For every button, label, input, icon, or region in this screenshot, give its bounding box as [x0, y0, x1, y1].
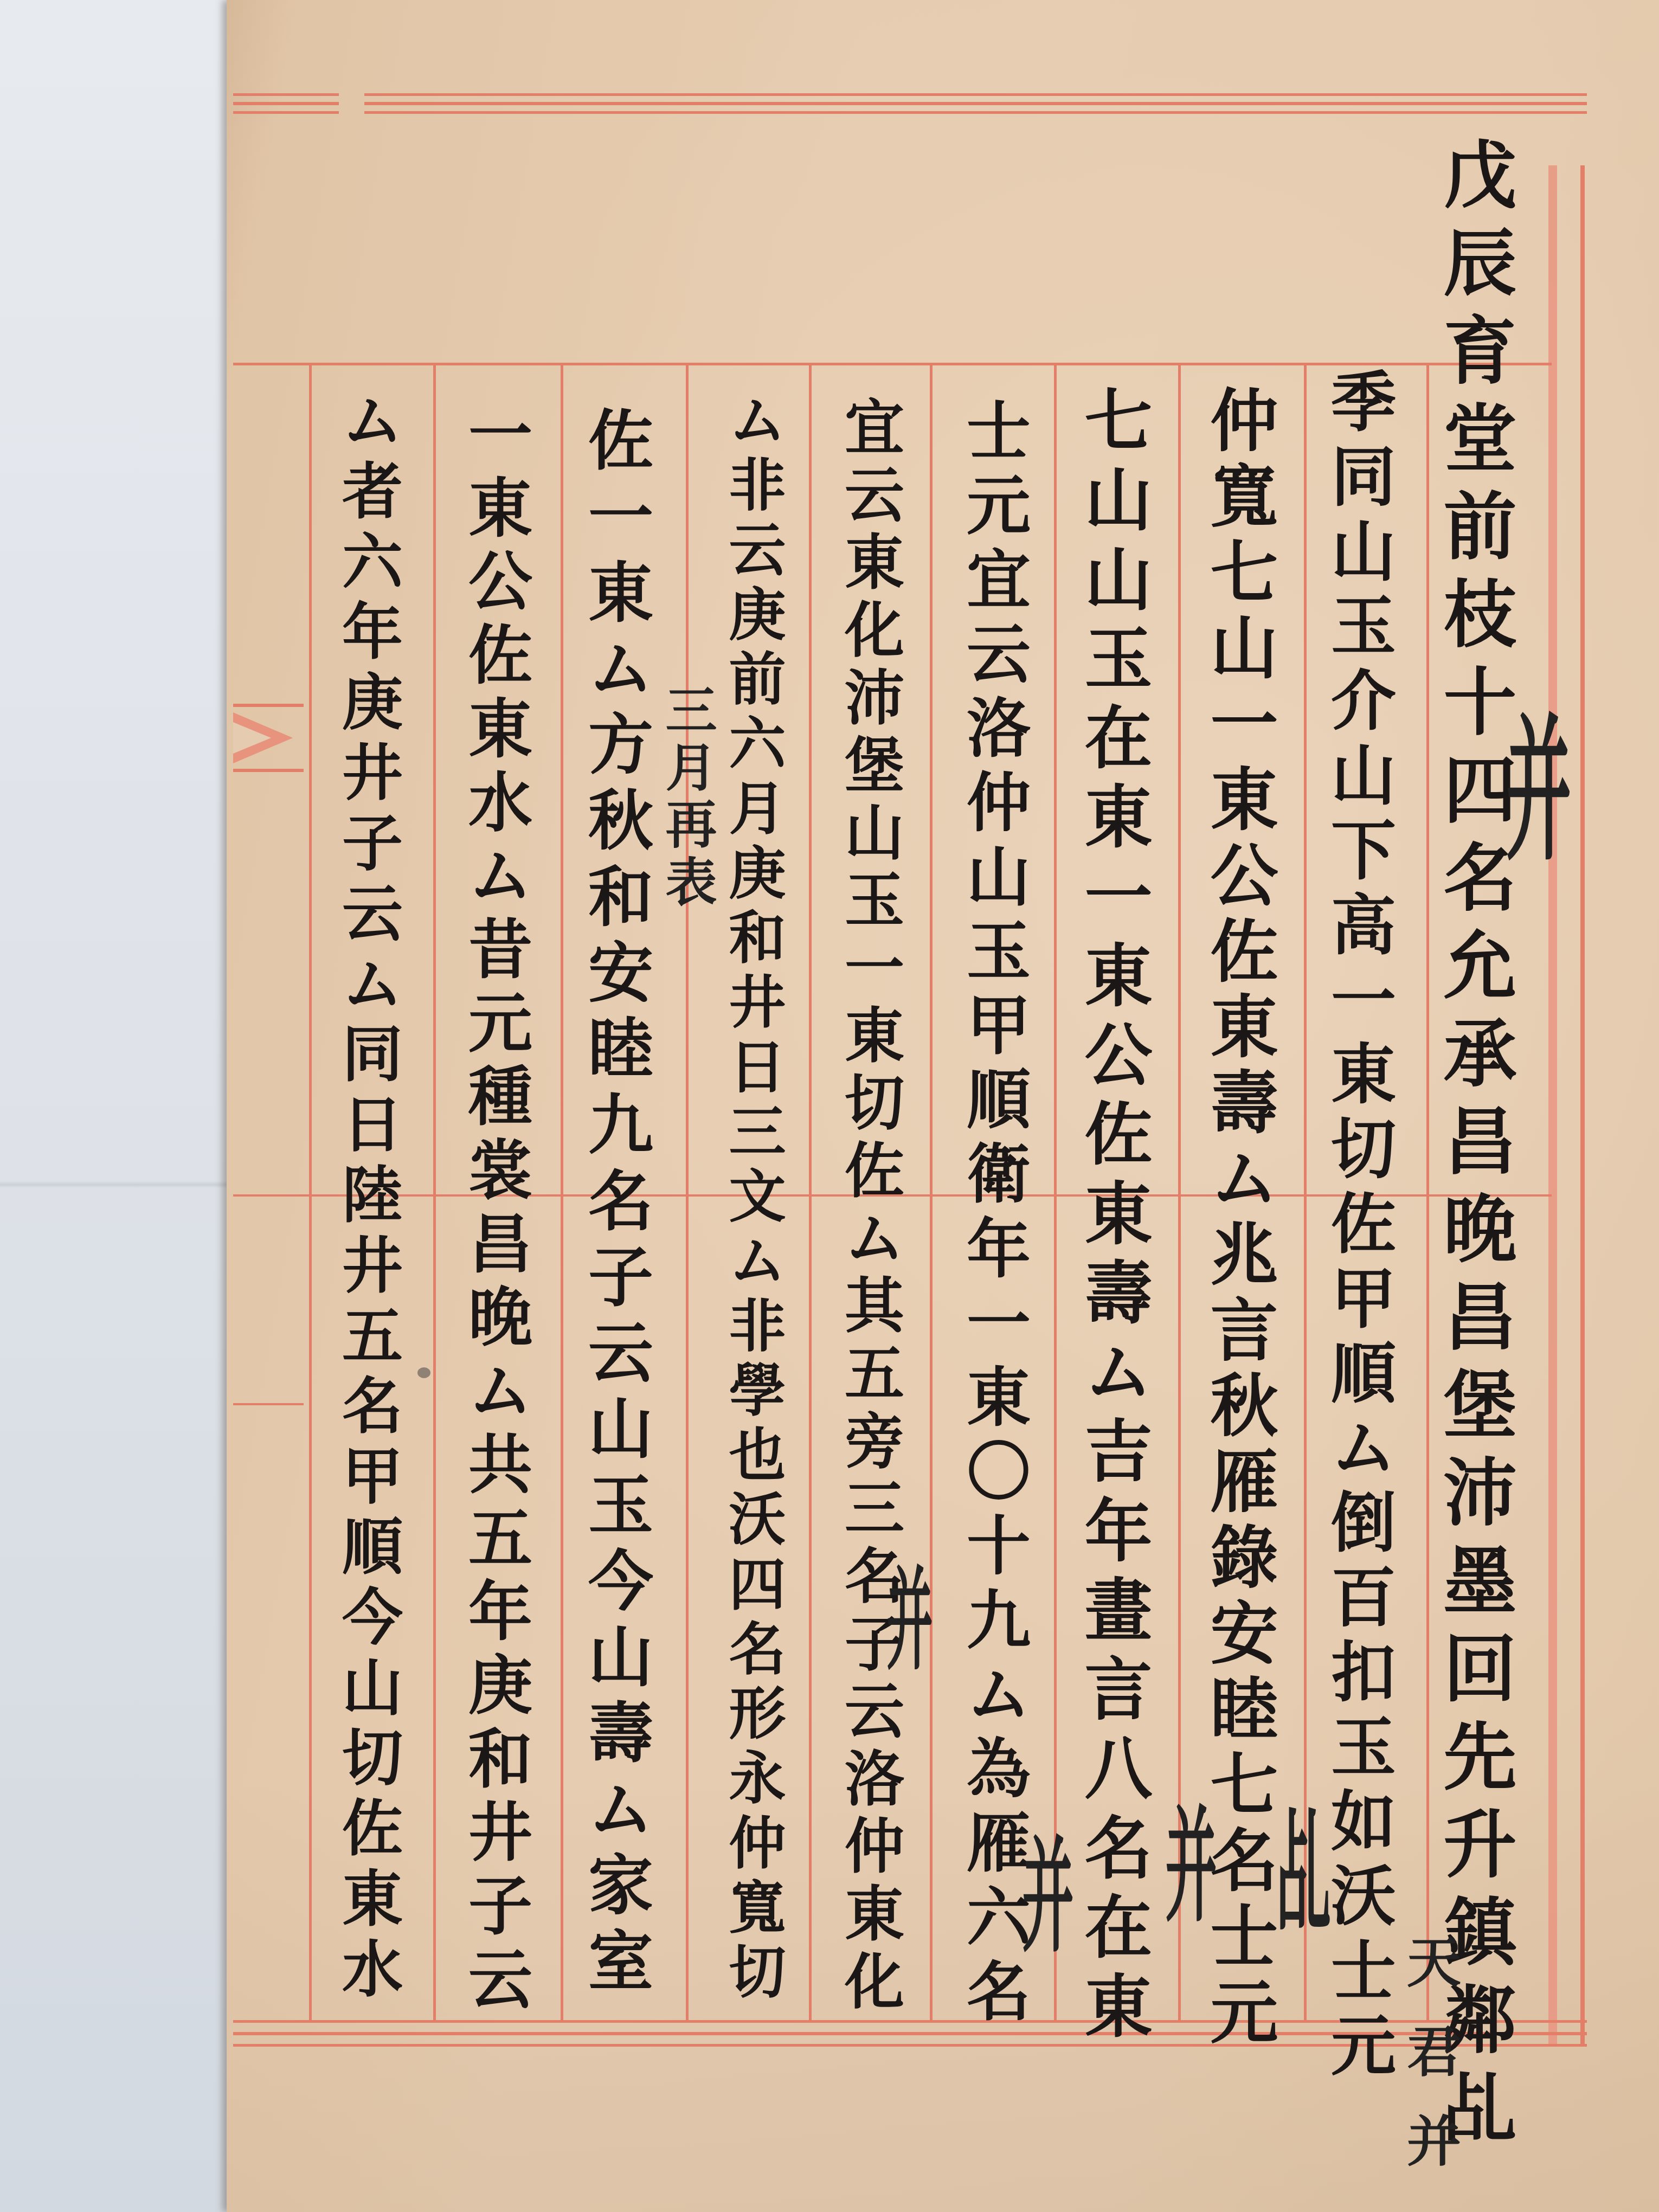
- handwritten-glyph: 衛: [967, 1142, 1031, 1206]
- fishtail-mark-icon: [233, 700, 309, 776]
- column-divider: [1178, 364, 1181, 2021]
- handwritten-glyph: 宜: [845, 398, 904, 458]
- handwritten-glyph: 扣: [1331, 1641, 1396, 1706]
- handwritten-glyph: 順: [1331, 1342, 1396, 1407]
- handwritten-glyph: 名: [588, 1169, 653, 1234]
- handwritten-glyph: 元: [468, 992, 532, 1056]
- handwritten-glyph: 昌: [1444, 1281, 1517, 1354]
- handwritten-glyph: 今: [342, 1588, 403, 1649]
- handwritten-glyph: 士: [1211, 1904, 1278, 1971]
- handwritten-glyph: 一: [967, 1291, 1031, 1355]
- handwritten-glyph: 山: [1331, 744, 1396, 809]
- handwritten-glyph: 云: [967, 622, 1031, 686]
- handwritten-glyph: 士: [1331, 1939, 1396, 2004]
- handwritten-glyph: 年: [967, 1217, 1031, 1281]
- handwritten-glyph: 云: [729, 522, 786, 578]
- handwritten-glyph: 非: [729, 1297, 786, 1354]
- handwritten-glyph: 堂: [1444, 402, 1517, 475]
- handwritten-glyph: 云: [588, 1321, 653, 1386]
- handwritten-glyph: ム: [729, 392, 786, 449]
- handwritten-glyph: 枝: [1444, 578, 1517, 651]
- handwritten-glyph: 種: [468, 1065, 532, 1129]
- handwritten-glyph: 洛: [967, 697, 1031, 761]
- surface-crease: [0, 1181, 232, 1188]
- handwritten-glyph: 五: [342, 1307, 403, 1367]
- handwritten-glyph: 東: [588, 561, 653, 626]
- column-divider: [433, 364, 436, 2021]
- handwritten-glyph: 名: [729, 1621, 786, 1677]
- handwritten-glyph: 家: [588, 1854, 653, 1919]
- text-column-10: ム者六年庚井子云ム同日陸井五名甲順今山切佐東水: [313, 391, 432, 2001]
- handwritten-glyph: 元: [967, 474, 1031, 538]
- handwritten-glyph: 兆: [1211, 1221, 1278, 1289]
- handwritten-glyph: 昔: [468, 918, 532, 982]
- handwritten-glyph: 佐: [1085, 1101, 1153, 1169]
- handwritten-glyph: 并: [1407, 2114, 1461, 2169]
- handwritten-glyph: 一: [845, 938, 904, 998]
- handwritten-glyph: 佐: [845, 1141, 904, 1201]
- top-border-line: [364, 93, 1587, 96]
- handwritten-glyph: 今: [588, 1549, 653, 1615]
- annotation-mark: 并: [1501, 713, 1577, 811]
- handwritten-glyph: 三: [729, 1103, 786, 1160]
- handwritten-glyph: 辰: [1444, 227, 1517, 300]
- handwritten-glyph: 切: [729, 1944, 786, 2001]
- text-column-5: 士元宜云洛仲山玉甲順衛年一東〇十九ム為雁六名: [939, 400, 1058, 2024]
- handwritten-glyph: 仲: [845, 1817, 904, 1876]
- handwritten-glyph: 在: [1085, 705, 1153, 773]
- handwritten-glyph: 言: [1085, 1656, 1153, 1724]
- handwritten-glyph: 東: [845, 533, 904, 593]
- handwritten-glyph: 山: [1211, 615, 1278, 683]
- handwritten-glyph: 季: [1331, 370, 1396, 435]
- handwritten-glyph: 東: [845, 1006, 904, 1066]
- handwritten-glyph: 在: [1085, 1894, 1153, 1962]
- handwritten-glyph: 下: [1331, 819, 1396, 884]
- handwritten-glyph: 井: [468, 1801, 532, 1864]
- ink-blot: [417, 1367, 430, 1378]
- handwritten-glyph: 日: [342, 1095, 403, 1156]
- handwritten-glyph: 一: [468, 403, 532, 467]
- handwritten-glyph: 玉: [845, 871, 904, 930]
- handwritten-glyph: 東: [845, 1885, 904, 1944]
- handwritten-glyph: 東: [468, 697, 532, 761]
- handwritten-glyph: 昌: [468, 1212, 532, 1276]
- handwritten-glyph: 再: [665, 800, 717, 851]
- handwritten-glyph: 前: [1444, 490, 1517, 563]
- annotation-mark: 并: [1153, 1805, 1229, 1865]
- handwritten-glyph: 和: [588, 865, 653, 930]
- table-surface: [0, 0, 234, 2212]
- handwritten-glyph: 井: [342, 1236, 403, 1297]
- top-border-line: [233, 93, 339, 96]
- handwritten-glyph: 一: [1331, 968, 1396, 1033]
- handwritten-glyph: 月: [729, 780, 786, 837]
- handwritten-glyph: 東: [1211, 767, 1278, 834]
- handwritten-glyph: 戊: [1444, 139, 1517, 212]
- handwritten-glyph: 學: [729, 1362, 786, 1419]
- handwritten-glyph: 堡: [845, 736, 904, 795]
- handwritten-glyph: 山: [845, 803, 904, 863]
- handwritten-glyph: 玉: [967, 919, 1031, 983]
- handwritten-glyph: 東: [342, 1869, 403, 1930]
- handwritten-glyph: 睦: [588, 1017, 653, 1082]
- handwritten-glyph: 表: [665, 857, 717, 909]
- annotation-mark: 并: [872, 1567, 948, 1626]
- handwritten-glyph: 山: [588, 1397, 653, 1462]
- handwritten-glyph: 山: [1085, 546, 1153, 614]
- column-divider: [686, 364, 689, 2021]
- handwritten-glyph: 室: [588, 1930, 653, 1995]
- handwritten-glyph: 安: [588, 941, 653, 1006]
- top-border-line: [233, 111, 339, 114]
- handwritten-glyph: 十: [967, 1514, 1031, 1578]
- handwritten-glyph: 元: [1211, 1979, 1278, 2047]
- handwritten-glyph: 切: [342, 1728, 403, 1789]
- handwritten-glyph: 元: [1331, 2014, 1396, 2079]
- handwritten-glyph: 君: [1407, 2025, 1461, 2079]
- handwritten-glyph: 化: [845, 1952, 904, 2012]
- handwritten-glyph: 順: [967, 1068, 1031, 1132]
- handwritten-glyph: 山: [1085, 467, 1153, 535]
- handwritten-glyph: 吉: [1085, 1418, 1153, 1486]
- handwritten-glyph: 東: [967, 1366, 1031, 1430]
- handwritten-glyph: ム: [845, 1209, 904, 1269]
- handwritten-glyph: 七: [1211, 539, 1278, 607]
- handwritten-glyph: 佐: [588, 409, 653, 474]
- handwritten-glyph: 年: [468, 1580, 532, 1644]
- handwritten-glyph: ム: [342, 391, 403, 452]
- handwritten-glyph: 睦: [1211, 1676, 1278, 1744]
- handwritten-glyph: 秋: [588, 789, 653, 854]
- handwritten-glyph: 仲: [729, 1815, 786, 1872]
- handwritten-glyph: 一: [1085, 864, 1153, 931]
- top-border-line: [364, 102, 1587, 105]
- handwritten-glyph: 九: [588, 1093, 653, 1158]
- top-border-line: [364, 111, 1587, 114]
- handwritten-glyph: ム: [588, 1778, 653, 1843]
- handwritten-glyph: 洛: [845, 1750, 904, 1809]
- handwritten-glyph: 子: [468, 1874, 532, 1938]
- handwritten-glyph: 宜: [967, 548, 1031, 612]
- handwritten-glyph: ム: [342, 955, 403, 1015]
- handwritten-glyph: 先: [1444, 1720, 1517, 1793]
- handwritten-glyph: 旁: [845, 1412, 904, 1471]
- handwritten-glyph: ム: [468, 1359, 532, 1423]
- handwritten-glyph: 仲: [1211, 388, 1278, 455]
- handwritten-glyph: 承: [1444, 1017, 1517, 1090]
- handwritten-glyph: 水: [342, 1940, 403, 2001]
- handwritten-glyph: 秋: [1211, 1373, 1278, 1441]
- handwritten-glyph: 玉: [1331, 1715, 1396, 1780]
- handwritten-glyph: 山: [588, 1625, 653, 1690]
- handwritten-glyph: 乩: [1277, 1807, 1331, 1937]
- handwritten-glyph: 玉: [1085, 626, 1153, 693]
- handwritten-glyph: 一: [1211, 691, 1278, 758]
- handwritten-glyph: ム: [967, 1663, 1031, 1727]
- handwritten-glyph: 介: [1331, 669, 1396, 734]
- handwritten-glyph: 順: [342, 1517, 403, 1578]
- handwritten-glyph: 佐: [468, 623, 532, 687]
- handwritten-glyph: 東: [1211, 994, 1278, 1062]
- handwritten-glyph: 月: [665, 743, 717, 794]
- handwritten-glyph: 共: [468, 1433, 532, 1497]
- handwritten-glyph: 日: [729, 1039, 786, 1096]
- handwritten-glyph: 方: [588, 713, 653, 778]
- handwritten-glyph: 永: [729, 1750, 786, 1806]
- handwritten-glyph: 允: [1444, 929, 1517, 1002]
- handwritten-glyph: 壽: [1211, 1070, 1278, 1137]
- handwritten-glyph: 〇: [967, 1440, 1031, 1504]
- handwritten-glyph: 切: [845, 1073, 904, 1133]
- handwritten-glyph: ム: [588, 637, 653, 702]
- handwritten-glyph: 天: [1407, 1935, 1461, 1990]
- handwritten-glyph: 庚: [468, 1654, 532, 1718]
- handwritten-glyph: 八: [1085, 1735, 1153, 1803]
- handwritten-glyph: 同: [342, 1025, 403, 1085]
- handwritten-glyph: ム: [468, 844, 532, 908]
- handwritten-glyph: 沃: [1331, 1864, 1396, 1930]
- handwritten-glyph: 者: [342, 462, 403, 523]
- right-border-line: [1580, 165, 1585, 2047]
- handwritten-glyph: 佐: [1211, 918, 1278, 986]
- handwritten-glyph: ム: [1331, 1416, 1396, 1481]
- handwritten-glyph: 晚: [1444, 1193, 1517, 1266]
- top-border-line: [233, 102, 339, 105]
- handwritten-glyph: 陸: [342, 1166, 403, 1226]
- handwritten-glyph: 前: [729, 651, 786, 708]
- handwritten-glyph: 并: [1165, 1805, 1217, 1929]
- handwritten-glyph: 玉: [588, 1474, 653, 1539]
- handwritten-glyph: 倒: [1331, 1491, 1396, 1556]
- handwritten-glyph: 東: [1085, 1181, 1153, 1249]
- handwritten-glyph: 沛: [845, 668, 904, 728]
- handwritten-glyph: 三: [845, 1479, 904, 1539]
- handwritten-glyph: 寬: [1211, 464, 1278, 531]
- handwritten-glyph: 士: [967, 400, 1031, 464]
- handwritten-glyph: 井: [729, 974, 786, 1031]
- handwritten-glyph: 年: [342, 602, 403, 663]
- annotation-note: 天君并: [1396, 1935, 1472, 2169]
- handwritten-glyph: 晚: [468, 1285, 532, 1349]
- handwritten-glyph: 育: [1444, 314, 1517, 388]
- handwritten-glyph: 公: [1211, 843, 1278, 910]
- handwritten-glyph: 佐: [342, 1799, 403, 1860]
- handwritten-glyph: 五: [468, 1507, 532, 1571]
- handwritten-glyph: 切: [1331, 1117, 1396, 1182]
- handwritten-glyph: 同: [1331, 445, 1396, 510]
- handwritten-glyph: 山: [1331, 520, 1396, 585]
- handwritten-glyph: 沛: [1444, 1456, 1517, 1529]
- handwritten-glyph: 安: [1211, 1600, 1278, 1668]
- handwritten-glyph: 東: [1331, 1043, 1396, 1108]
- handwritten-glyph: 佐: [1331, 1192, 1396, 1257]
- annotation-mark: 并: [1010, 1836, 1086, 1912]
- handwritten-glyph: 裳: [468, 1139, 532, 1203]
- column-divider: [309, 364, 312, 2021]
- handwritten-glyph: 一: [588, 485, 653, 550]
- handwritten-glyph: 子: [342, 814, 403, 874]
- handwritten-glyph: 庚: [729, 586, 786, 643]
- handwritten-glyph: 九: [967, 1589, 1031, 1652]
- handwritten-glyph: ム: [729, 1232, 786, 1289]
- handwritten-glyph: 墨: [1444, 1545, 1517, 1618]
- handwritten-glyph: 東: [1085, 1973, 1153, 2041]
- handwritten-glyph: 山: [967, 845, 1031, 909]
- handwritten-glyph: 六: [342, 532, 403, 593]
- handwritten-glyph: 甲: [1331, 1267, 1396, 1332]
- handwritten-glyph: 云: [468, 1948, 532, 2012]
- handwritten-glyph: 名: [1085, 1815, 1153, 1883]
- annotation-mark: 乩: [1266, 1807, 1342, 1872]
- handwritten-glyph: 庚: [729, 845, 786, 902]
- handwritten-glyph: 仲: [967, 771, 1031, 835]
- handwritten-glyph: 甲: [342, 1447, 403, 1508]
- margin-tick: [233, 1403, 304, 1405]
- handwritten-glyph: 言: [1211, 1297, 1278, 1365]
- handwritten-glyph: ム: [1211, 1146, 1278, 1213]
- handwritten-glyph: 水: [468, 771, 532, 835]
- handwritten-glyph: 并: [1506, 713, 1571, 870]
- handwritten-glyph: 回: [1444, 1632, 1517, 1706]
- handwritten-glyph: 雁: [1211, 1449, 1278, 1516]
- handwritten-glyph: 寬: [729, 1879, 786, 1936]
- handwritten-glyph: 云: [845, 1682, 904, 1741]
- handwritten-glyph: 并: [886, 1567, 933, 1677]
- text-column-7: ム非云庚前六月庚和井日三文ム非學也沃四名形永仲寬切: [698, 392, 817, 2001]
- handwritten-glyph: 堡: [1444, 1368, 1517, 1442]
- handwritten-glyph: 云: [845, 466, 904, 525]
- handwritten-glyph: 畫: [1085, 1577, 1153, 1645]
- handwritten-glyph: 東: [1085, 784, 1153, 852]
- text-column-8: 佐一東ム方秋和安睦九名子云山玉今山壽ム家室: [561, 409, 680, 1995]
- handwritten-glyph: 甲: [967, 994, 1031, 1058]
- handwritten-glyph: 和: [729, 909, 786, 966]
- handwritten-glyph: 云: [342, 884, 403, 945]
- handwritten-glyph: 七: [1085, 388, 1153, 455]
- handwritten-glyph: 年: [1085, 1498, 1153, 1566]
- handwritten-glyph: 名: [342, 1377, 403, 1437]
- annotation-date-note: 三月再表: [653, 685, 729, 909]
- handwritten-glyph: 高: [1331, 893, 1396, 959]
- handwritten-glyph: 五: [845, 1344, 904, 1404]
- handwritten-glyph: 玉: [1331, 594, 1396, 659]
- handwritten-glyph: 其: [845, 1276, 904, 1336]
- handwritten-glyph: 沃: [729, 1491, 786, 1548]
- handwritten-glyph: 庚: [342, 673, 403, 734]
- handwritten-glyph: 四: [729, 1556, 786, 1613]
- right-border-band: [1548, 165, 1557, 2047]
- handwritten-glyph: 壽: [1085, 1260, 1153, 1328]
- handwritten-glyph: 東: [1085, 943, 1153, 1011]
- handwritten-glyph: 公: [468, 550, 532, 614]
- handwritten-glyph: 形: [729, 1685, 786, 1742]
- handwritten-glyph: 并: [1022, 1836, 1073, 1959]
- handwritten-glyph: 名: [967, 1960, 1031, 2024]
- handwritten-glyph: 壽: [588, 1701, 653, 1766]
- handwritten-glyph: 化: [845, 601, 904, 660]
- handwritten-glyph: 為: [967, 1737, 1031, 1801]
- handwritten-glyph: 非: [729, 456, 786, 513]
- handwritten-glyph: 文: [729, 1168, 786, 1225]
- text-column-6: 宜云東化沛堡山玉一東切佐ム其五旁三名子云洛仲東化: [815, 398, 934, 2012]
- handwritten-glyph: 子: [588, 1245, 653, 1310]
- handwritten-glyph: 升: [1444, 1808, 1517, 1881]
- handwritten-glyph: 井: [342, 743, 403, 804]
- text-column-9: 一東公佐東水ム昔元種裳昌晚ム共五年庚和井子云: [441, 403, 560, 2012]
- handwritten-glyph: ム: [1085, 1339, 1153, 1407]
- handwritten-glyph: 也: [729, 1426, 786, 1483]
- handwritten-glyph: 六: [729, 715, 786, 772]
- handwritten-glyph: 公: [1085, 1022, 1153, 1090]
- handwritten-glyph: 百: [1331, 1566, 1396, 1631]
- handwritten-glyph: 東: [468, 477, 532, 541]
- text-column-1: 戊辰育堂前枝十四名允承昌晚昌堡沛墨回先升鎮鄰乩: [1420, 139, 1540, 2145]
- handwritten-glyph: 昌: [1444, 1105, 1517, 1178]
- handwritten-glyph: 錄: [1211, 1525, 1278, 1592]
- text-column-4: 七山山玉在東一東公佐東壽ム吉年畫言八名在東: [1059, 388, 1178, 2041]
- handwritten-glyph: 山: [342, 1658, 403, 1719]
- handwritten-glyph: 和: [468, 1727, 532, 1791]
- handwritten-glyph: 三: [665, 685, 717, 737]
